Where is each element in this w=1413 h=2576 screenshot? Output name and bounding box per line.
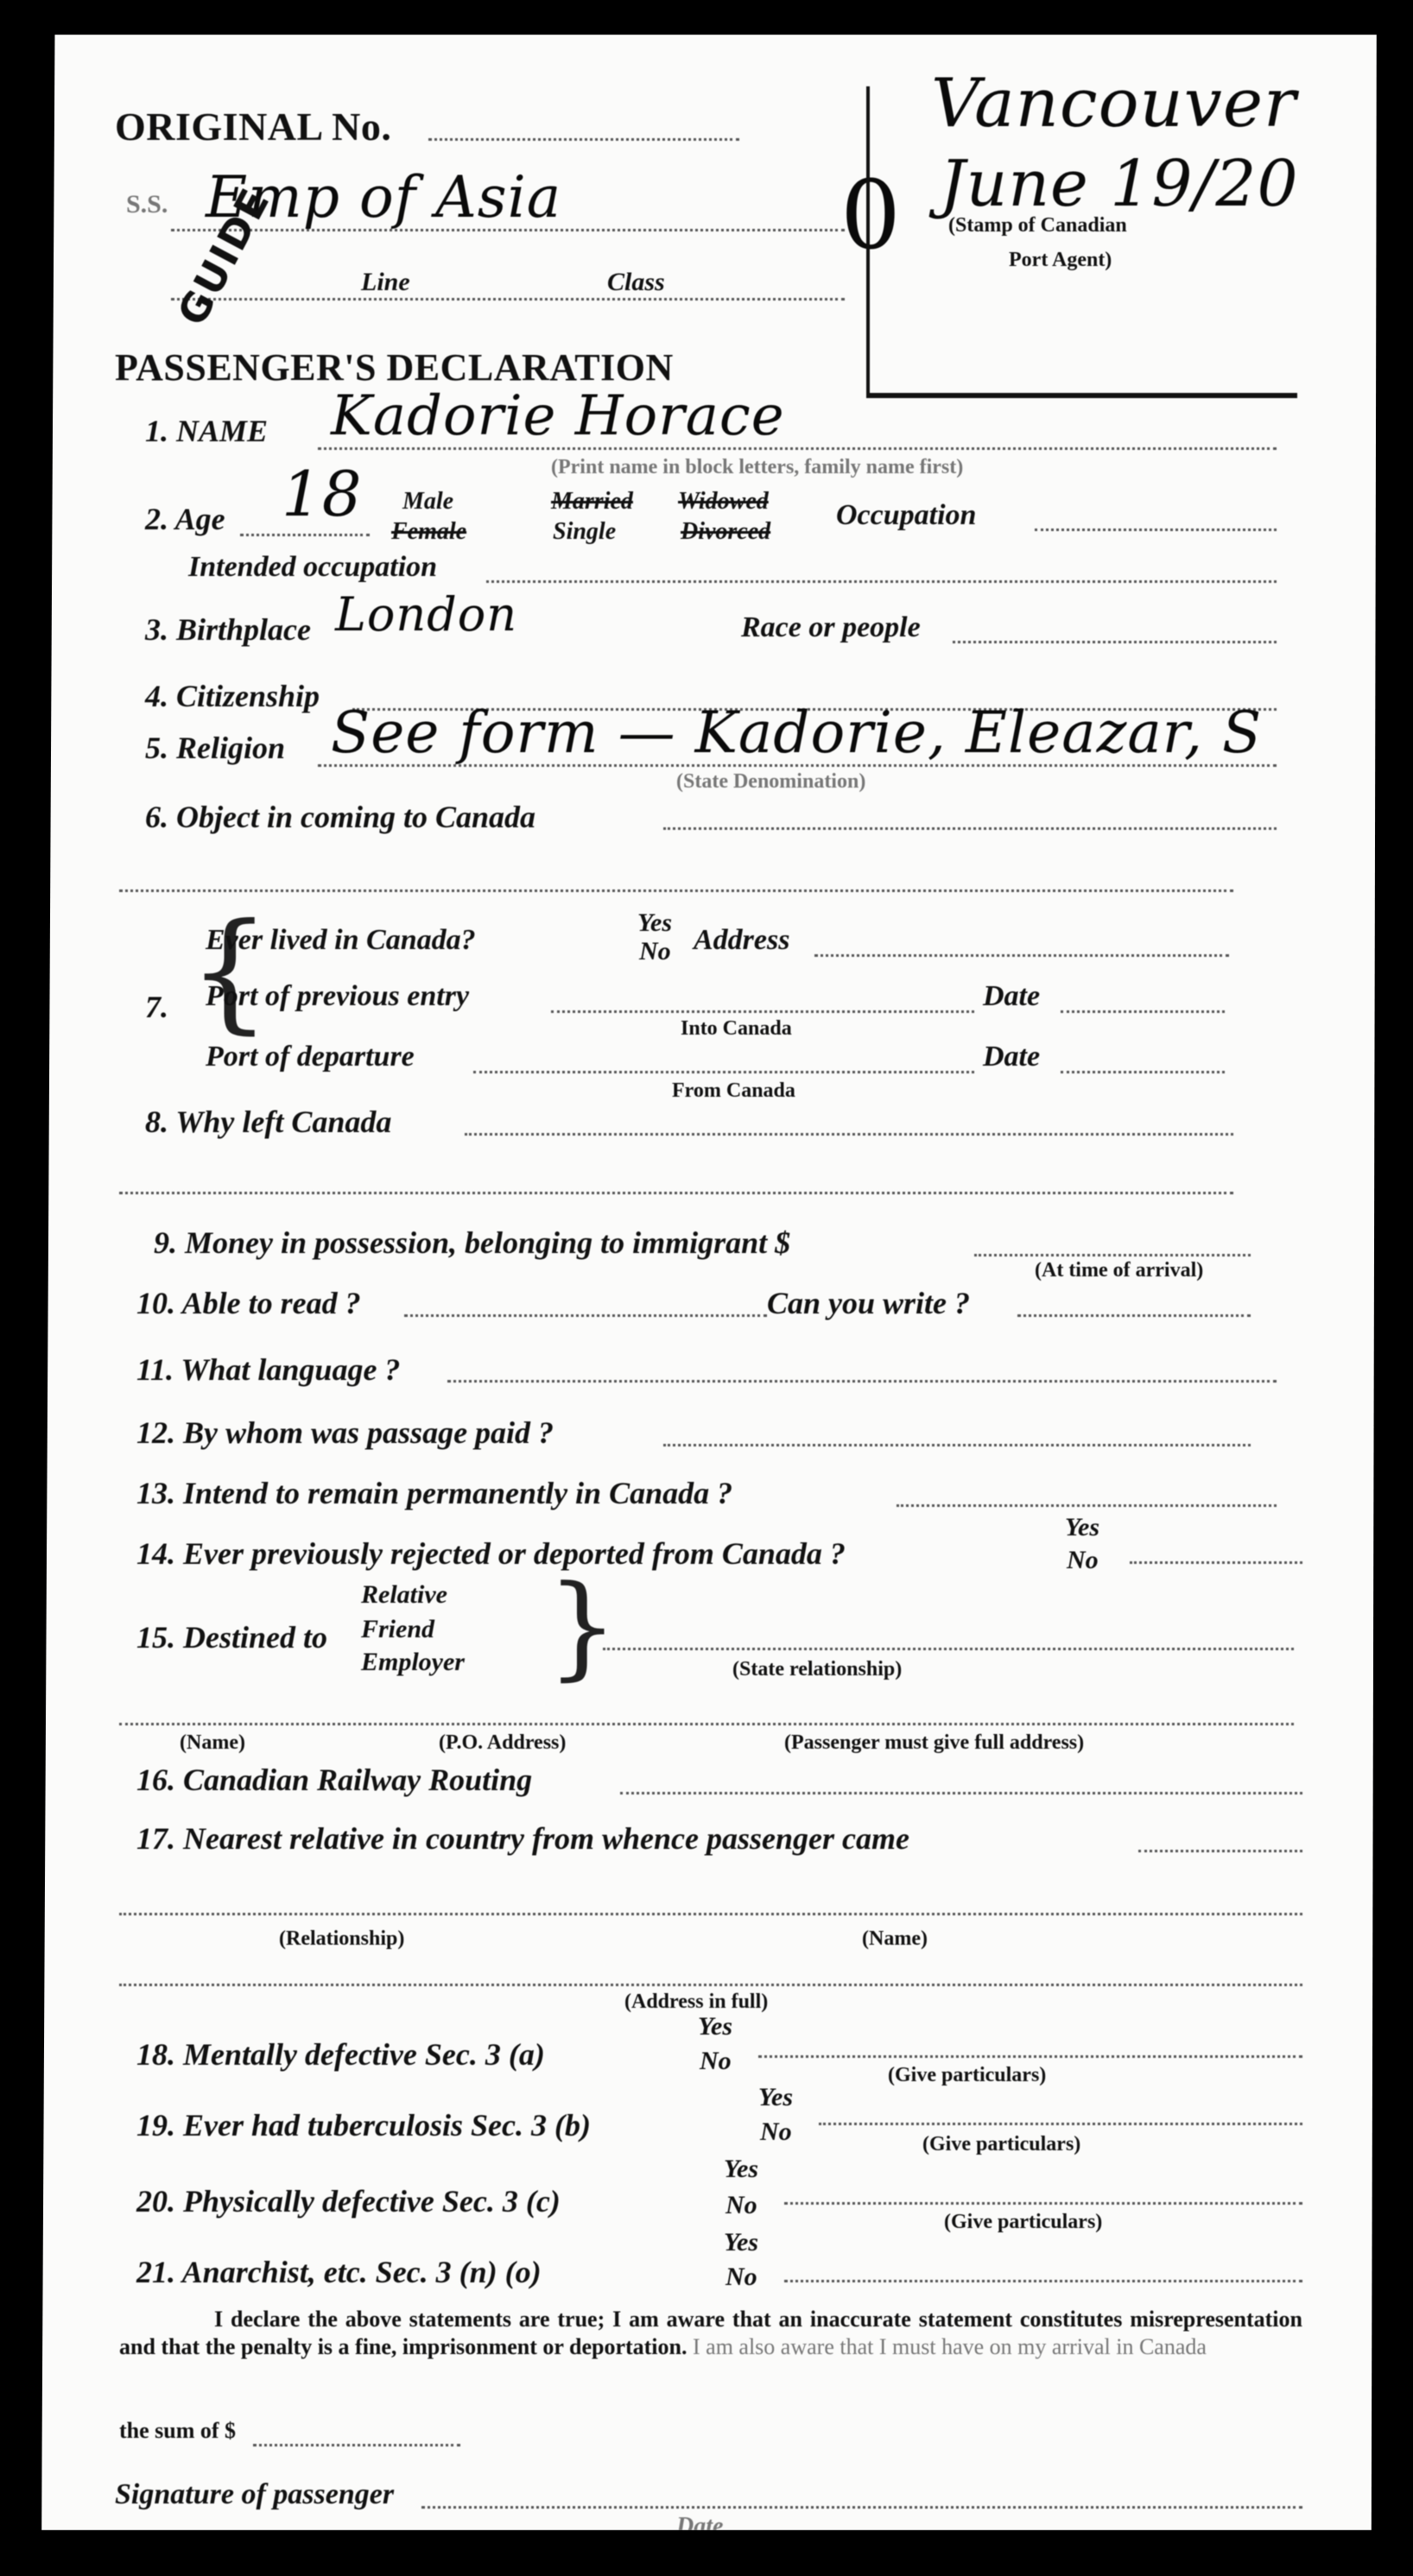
anarchist-field[interactable] bbox=[784, 2280, 1302, 2282]
q14-no: No bbox=[1067, 1546, 1099, 1575]
q2-widowed: Widowed bbox=[678, 488, 769, 516]
q14-label: 14. Ever previously rejected or deported… bbox=[136, 1535, 846, 1572]
q20-yes: Yes bbox=[724, 2155, 758, 2184]
intended-occupation-field[interactable] bbox=[486, 580, 1277, 583]
line-label: Line bbox=[361, 268, 410, 297]
q21-label: 21. Anarchist, etc. Sec. 3 (n) (o) bbox=[136, 2254, 542, 2290]
q7-address: Address bbox=[694, 924, 789, 957]
tuberculosis-field[interactable] bbox=[819, 2123, 1302, 2125]
stamp-label-2: Port Agent) bbox=[1009, 249, 1112, 272]
q20-particulars: (Give particulars) bbox=[944, 2211, 1102, 2234]
q15-friend: Friend bbox=[361, 1615, 434, 1644]
language-field[interactable] bbox=[447, 1380, 1277, 1383]
q15-name: (Name) bbox=[180, 1731, 245, 1755]
object-field-line-2[interactable] bbox=[119, 889, 1233, 892]
ss-label: S.S. bbox=[126, 190, 168, 219]
q5-hint: (State Denomination) bbox=[676, 770, 865, 794]
age-field[interactable] bbox=[240, 534, 370, 536]
physically-defective-field[interactable] bbox=[784, 2202, 1302, 2205]
q18-yes: Yes bbox=[698, 2012, 732, 2041]
why-left-field[interactable] bbox=[465, 1133, 1233, 1136]
sum-label: the sum of $ bbox=[119, 2418, 236, 2444]
previous-address-field[interactable] bbox=[814, 954, 1229, 957]
q13-label: 13. Intend to remain permanently in Cana… bbox=[136, 1475, 732, 1511]
q6-label: 6. Object in coming to Canada bbox=[145, 799, 535, 835]
q21-no: No bbox=[726, 2263, 757, 2292]
q7-from: From Canada bbox=[672, 1079, 795, 1103]
q9-label: 9. Money in possession, belonging to imm… bbox=[154, 1225, 790, 1261]
q15-po: (P.O. Address) bbox=[439, 1731, 566, 1755]
q17-address: (Address in full) bbox=[624, 1991, 768, 2014]
remain-field[interactable] bbox=[897, 1504, 1277, 1507]
name-handwritten: Kadorie Horace bbox=[331, 384, 785, 448]
q7-no: No bbox=[639, 937, 671, 966]
q7-lived: Ever lived in Canada? bbox=[206, 924, 476, 957]
q3-race: Race or people bbox=[741, 611, 921, 644]
q7-yes: Yes bbox=[637, 908, 672, 938]
q2-single: Single bbox=[553, 518, 616, 546]
q9-hint: (At time of arrival) bbox=[1035, 1259, 1203, 1282]
occupation-field[interactable] bbox=[1035, 528, 1277, 531]
q16-label: 16. Canadian Railway Routing bbox=[136, 1762, 532, 1798]
q7-num: 7. bbox=[145, 989, 168, 1025]
birthplace-handwritten: London bbox=[335, 587, 517, 642]
declaration-text: I declare the above statements are true;… bbox=[119, 2306, 1302, 2361]
q2-divorced: Divorced bbox=[681, 518, 770, 546]
sum-field[interactable] bbox=[253, 2444, 460, 2446]
q18-no: No bbox=[700, 2047, 732, 2076]
q2-label: 2. Age bbox=[145, 501, 225, 537]
q18-particulars: (Give particulars) bbox=[888, 2064, 1046, 2087]
q11-label: 11. What language ? bbox=[136, 1351, 400, 1388]
q7-date-2: Date bbox=[983, 1041, 1040, 1073]
race-field[interactable] bbox=[953, 641, 1277, 643]
q3-label: 3. Birthplace bbox=[145, 611, 311, 648]
rejected-field[interactable] bbox=[1130, 1561, 1302, 1564]
q1-hint: (Print name in block letters, family nam… bbox=[551, 456, 963, 479]
q4-label: 4. Citizenship bbox=[145, 678, 320, 714]
q19-label: 19. Ever had tuberculosis Sec. 3 (b) bbox=[136, 2107, 591, 2143]
q1-label: 1. NAME bbox=[145, 413, 268, 449]
q19-no: No bbox=[760, 2117, 792, 2147]
q7-departure: Port of departure bbox=[206, 1041, 415, 1073]
q10-write: Can you write ? bbox=[767, 1285, 970, 1321]
q17-relationship: (Relationship) bbox=[279, 1927, 404, 1951]
original-no-label: ORIGINAL No. bbox=[115, 104, 391, 149]
q15-relative: Relative bbox=[361, 1580, 447, 1610]
able-to-read-field[interactable] bbox=[404, 1314, 767, 1317]
q15-full: (Passenger must give full address) bbox=[784, 1731, 1084, 1755]
original-no-field[interactable] bbox=[428, 138, 739, 141]
stamp-place-handwritten: Vancouver bbox=[931, 65, 1296, 142]
q7-into: Into Canada bbox=[681, 1017, 792, 1041]
religion-handwritten: See form — Kadorie, Eleazar, S bbox=[331, 699, 1262, 766]
mentally-defective-field[interactable] bbox=[758, 2055, 1302, 2058]
q5-label: 5. Religion bbox=[145, 730, 285, 766]
age-handwritten: 18 bbox=[282, 458, 363, 530]
previous-entry-field[interactable] bbox=[551, 1010, 974, 1013]
q19-yes: Yes bbox=[758, 2083, 793, 2112]
nearest-relative-line-2[interactable] bbox=[119, 1913, 1302, 1915]
railway-routing-field[interactable] bbox=[620, 1792, 1302, 1794]
line-class-field[interactable] bbox=[171, 298, 845, 301]
q7-date-1: Date bbox=[983, 980, 1040, 1013]
stamp-label-1: (Stamp of Canadian bbox=[948, 214, 1127, 237]
destined-field[interactable] bbox=[603, 1648, 1294, 1650]
q21-yes: Yes bbox=[724, 2228, 758, 2257]
q18-label: 18. Mentally defective Sec. 3 (a) bbox=[136, 2036, 545, 2073]
q19-particulars: (Give particulars) bbox=[922, 2133, 1080, 2156]
departure-port-field[interactable] bbox=[473, 1071, 974, 1073]
q2-occupation: Occupation bbox=[836, 499, 976, 532]
destined-address-field[interactable] bbox=[119, 1723, 1294, 1725]
class-label: Class bbox=[607, 268, 665, 297]
q14-yes: Yes bbox=[1065, 1513, 1099, 1542]
entry-date-field[interactable] bbox=[1061, 1010, 1225, 1013]
q10-label: 10. Able to read ? bbox=[136, 1285, 361, 1321]
q20-label: 20. Physically defective Sec. 3 (c) bbox=[136, 2183, 561, 2219]
can-write-field[interactable] bbox=[1017, 1314, 1251, 1317]
q15-label: 15. Destined to bbox=[136, 1619, 327, 1655]
nearest-relative-field[interactable] bbox=[1138, 1850, 1302, 1852]
declaration-faint: I am also aware that I must have on my a… bbox=[693, 2334, 1207, 2359]
q2-female: Female bbox=[391, 518, 466, 546]
signature-field[interactable] bbox=[421, 2506, 1302, 2509]
q7-prev-entry: Port of previous entry bbox=[206, 980, 469, 1013]
q17-name: (Name) bbox=[862, 1927, 928, 1951]
q20-no: No bbox=[726, 2191, 757, 2220]
declaration-form-paper: ORIGINAL No. S.S. Emp of Asia 0 Line Cla… bbox=[41, 35, 1377, 2530]
passage-paid-field[interactable] bbox=[663, 1444, 1251, 1446]
q2-married: Married bbox=[551, 488, 633, 516]
q8-label: 8. Why left Canada bbox=[145, 1104, 391, 1140]
q2-intended: Intended occupation bbox=[188, 551, 437, 584]
nearest-relative-address-field[interactable] bbox=[119, 1984, 1302, 1986]
q17-label: 17. Nearest relative in country from whe… bbox=[136, 1820, 909, 1857]
departure-date-field[interactable] bbox=[1061, 1071, 1225, 1073]
q15-employer: Employer bbox=[361, 1648, 465, 1677]
money-field[interactable] bbox=[974, 1254, 1251, 1256]
q12-label: 12. By whom was passage paid ? bbox=[136, 1415, 554, 1451]
stamp-date-handwritten: June 19/20 bbox=[940, 147, 1299, 221]
q2-male: Male bbox=[402, 488, 453, 516]
signature-label: Signature of passenger bbox=[115, 2478, 394, 2511]
form-title: PASSENGER'S DECLARATION bbox=[115, 345, 674, 389]
q15-hint: (State relationship) bbox=[732, 1658, 902, 1681]
q15-brace: } bbox=[547, 1570, 618, 1682]
object-field[interactable] bbox=[663, 827, 1277, 830]
why-left-field-line-2[interactable] bbox=[119, 1192, 1233, 1194]
date-label: Date bbox=[676, 2513, 723, 2541]
